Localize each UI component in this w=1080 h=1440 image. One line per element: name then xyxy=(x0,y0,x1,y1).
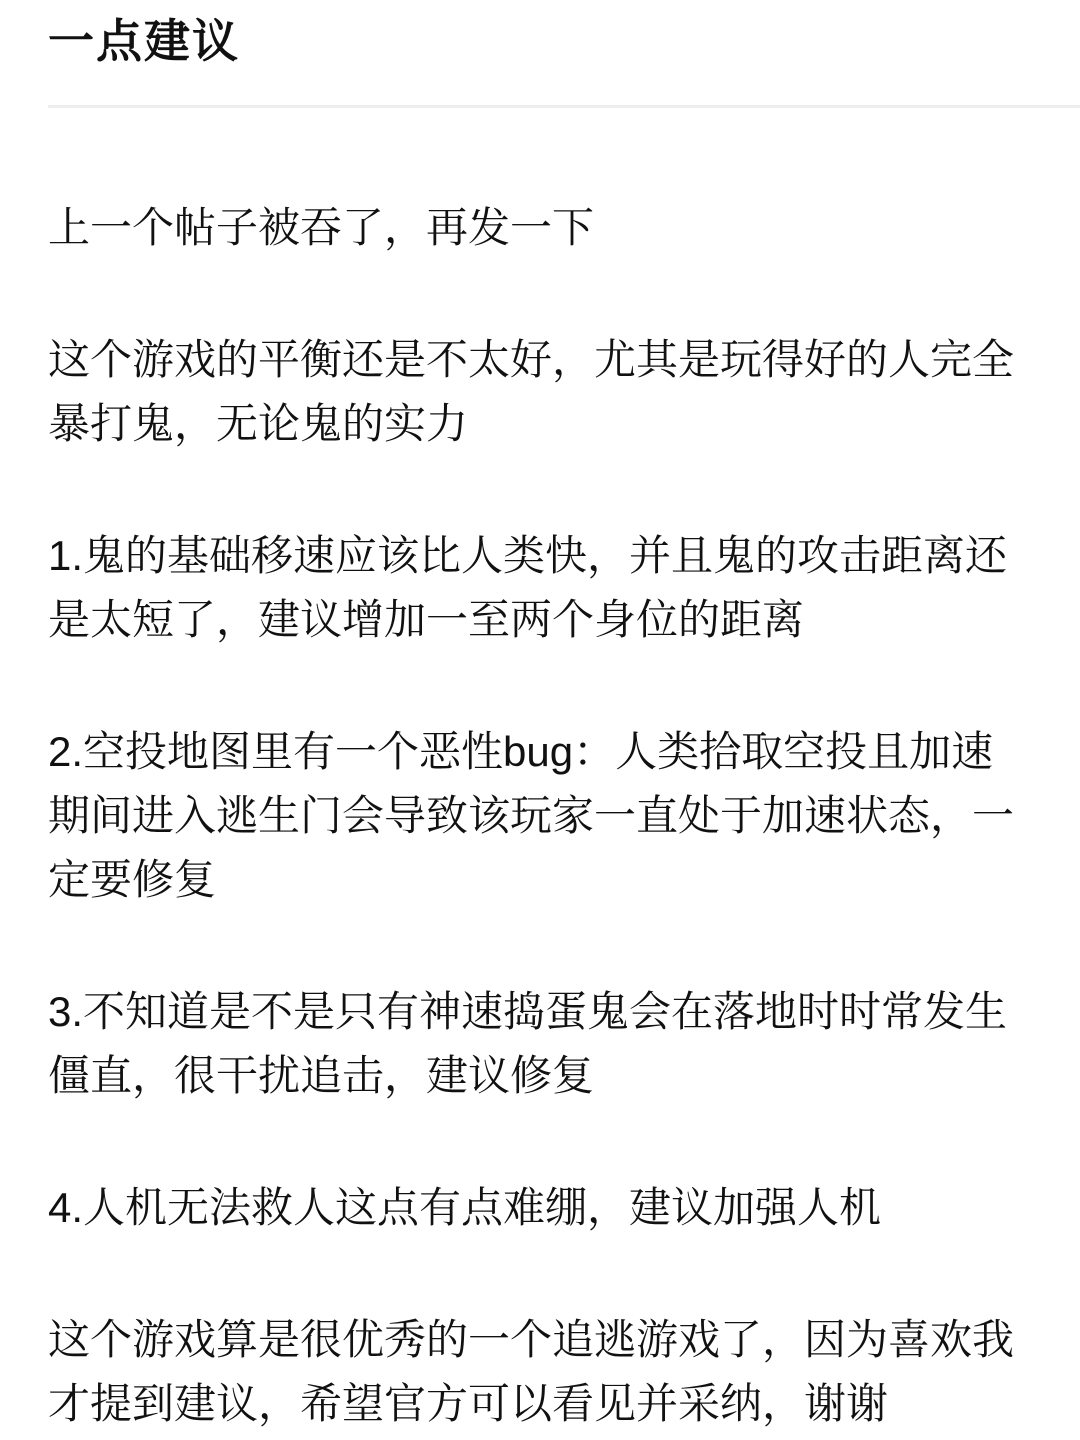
post-page: 一点建议 上一个帖子被吞了，再发一下 这个游戏的平衡还是不太好，尤其是玩得好的人… xyxy=(0,0,1080,1440)
post-paragraph-intro: 上一个帖子被吞了，再发一下 xyxy=(48,196,1032,260)
post-paragraph-balance: 这个游戏的平衡还是不太好，尤其是玩得好的人完全暴打鬼，无论鬼的实力 xyxy=(48,328,1032,456)
post-paragraph-suggestion-4: 4.人机无法救人这点有点难绷，建议加强人机 xyxy=(48,1176,1032,1240)
post-paragraph-suggestion-2: 2.空投地图里有一个恶性bug：人类拾取空投且加速期间进入逃生门会导致该玩家一直… xyxy=(48,720,1032,912)
title-divider xyxy=(48,105,1080,108)
post-paragraph-closing: 这个游戏算是很优秀的一个追逃游戏了，因为喜欢我才提到建议，希望官方可以看见并采纳… xyxy=(48,1308,1032,1436)
post-body: 上一个帖子被吞了，再发一下 这个游戏的平衡还是不太好，尤其是玩得好的人完全暴打鬼… xyxy=(48,196,1032,1436)
post-paragraph-suggestion-3: 3.不知道是不是只有神速捣蛋鬼会在落地时时常发生僵直，很干扰追击，建议修复 xyxy=(48,980,1032,1108)
post-title: 一点建议 xyxy=(48,14,1032,69)
post-paragraph-suggestion-1: 1.鬼的基础移速应该比人类快，并且鬼的攻击距离还是太短了，建议增加一至两个身位的… xyxy=(48,524,1032,652)
